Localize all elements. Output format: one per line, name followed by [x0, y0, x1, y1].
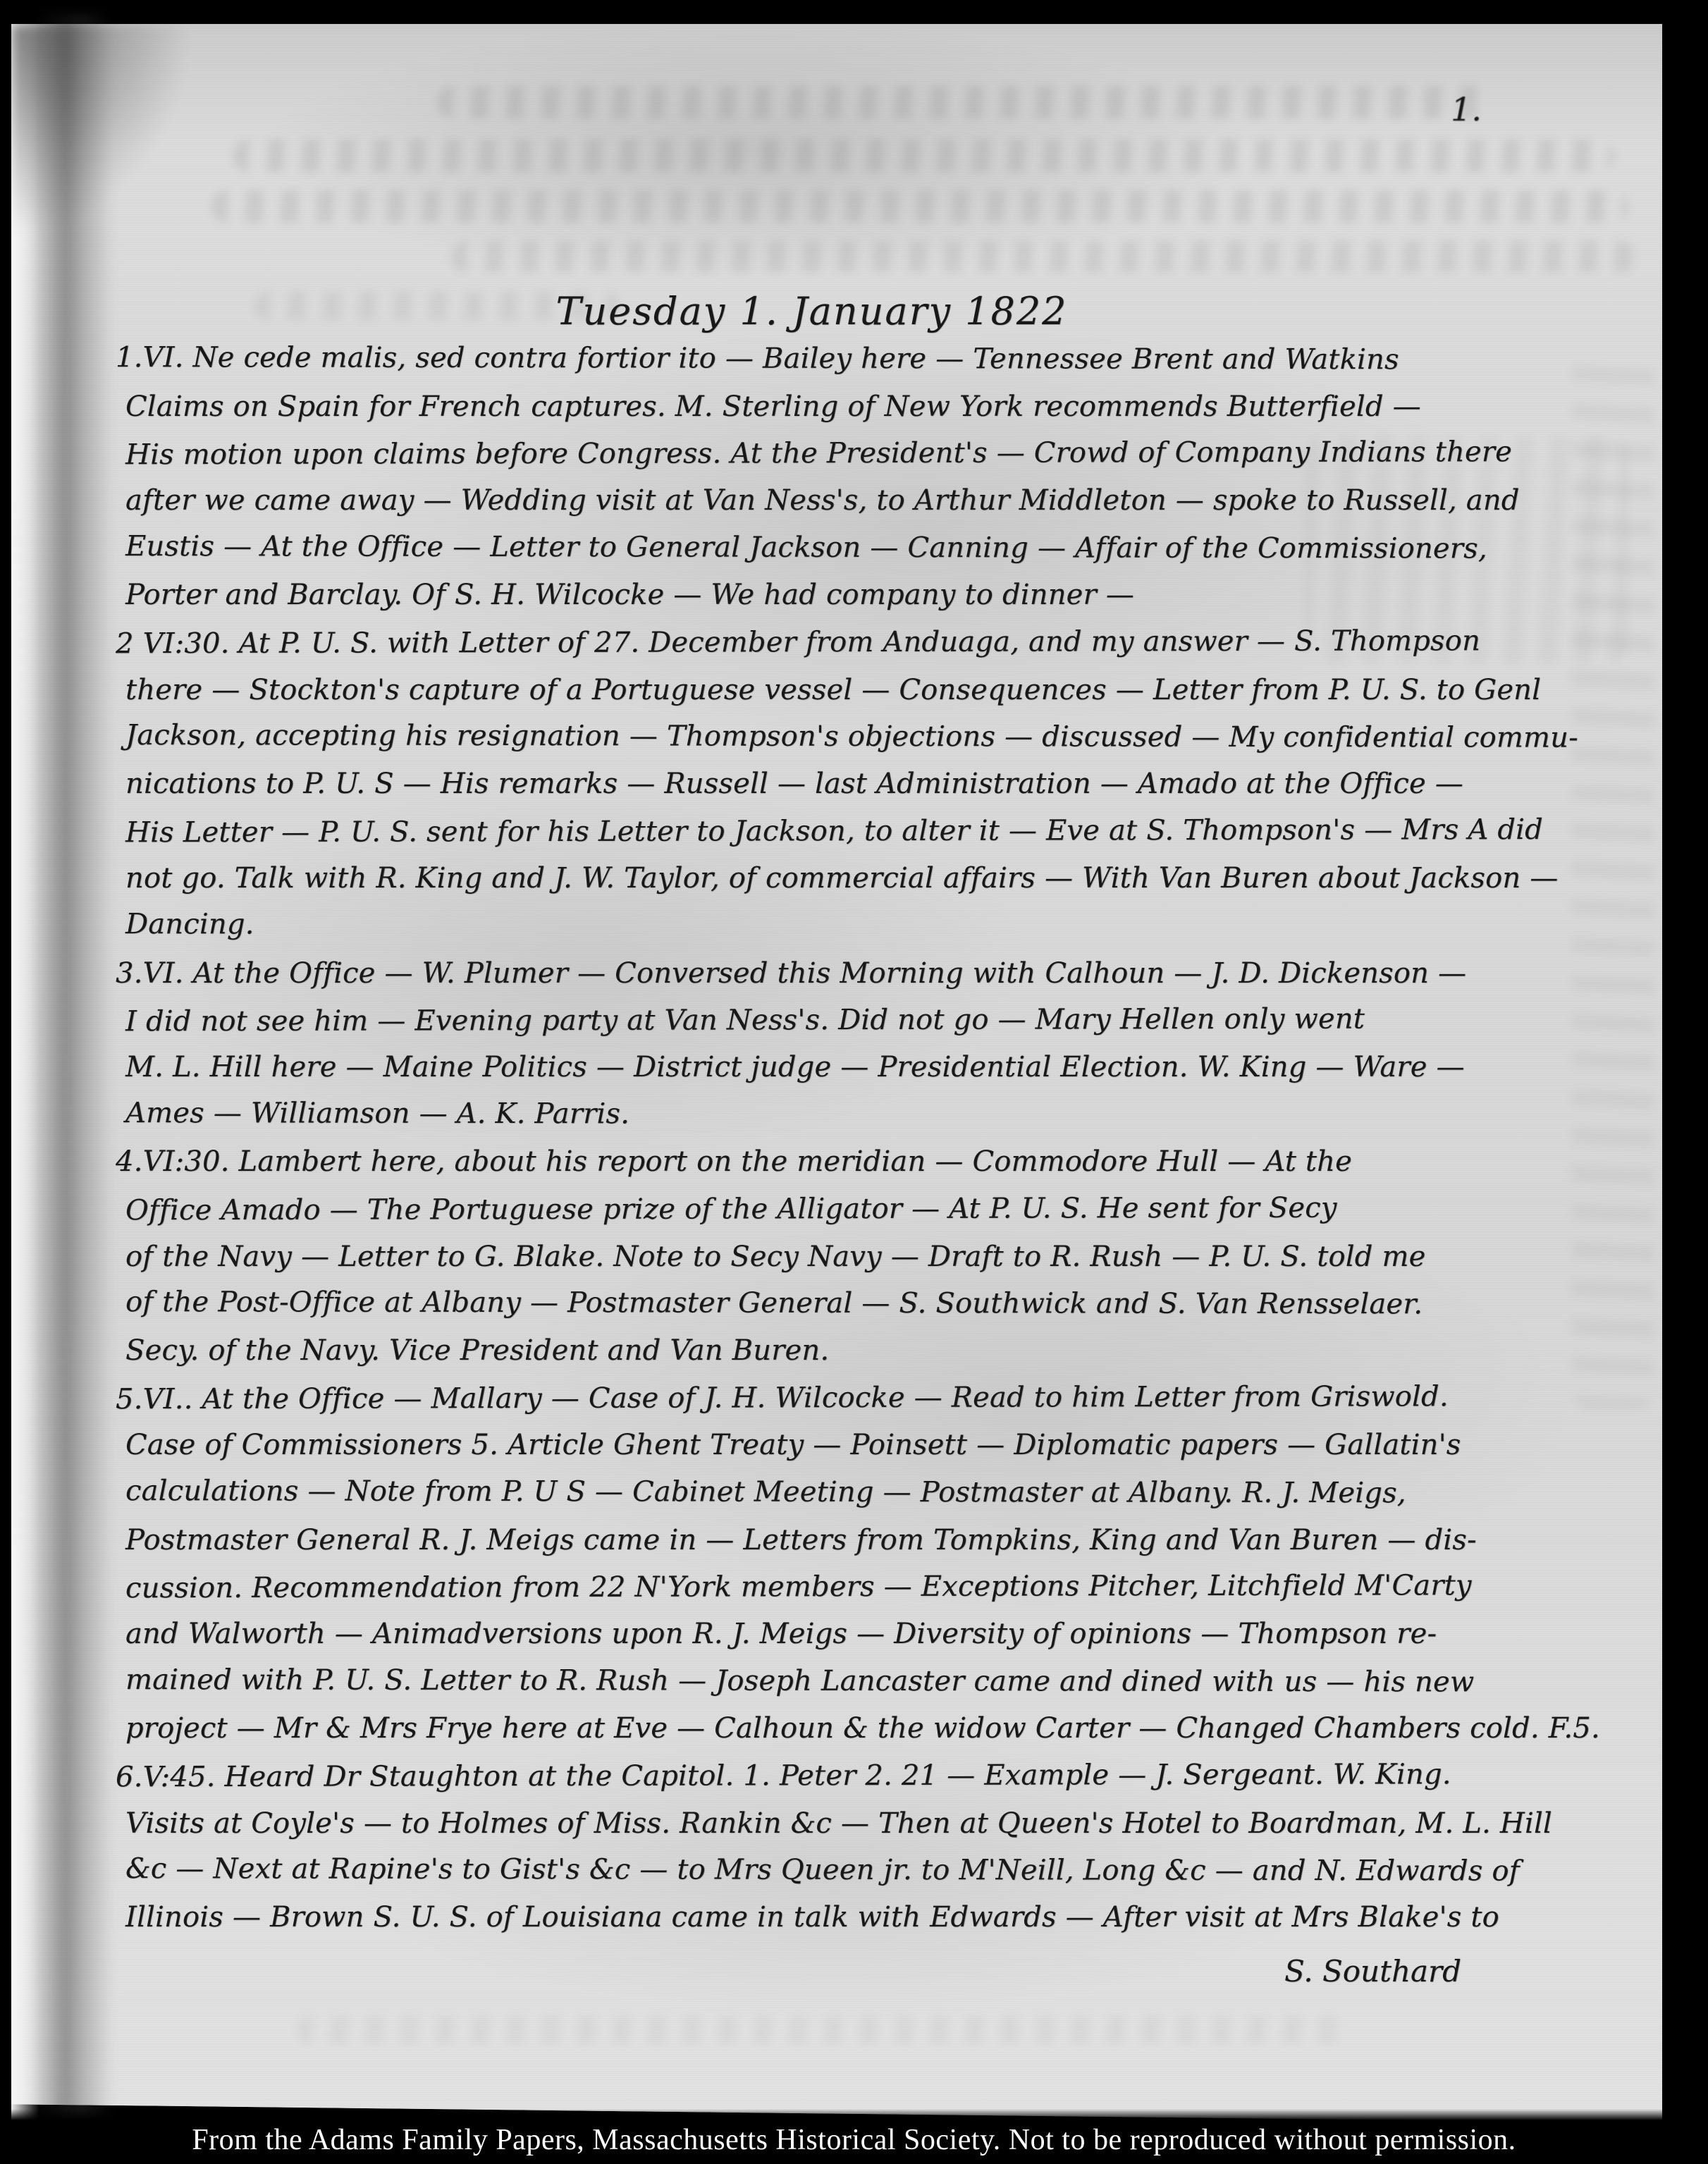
- top-left-corner-shadow: [11, 24, 223, 320]
- manuscript-line: His Letter — P. U. S. sent for his Lette…: [125, 808, 1659, 859]
- manuscript-line: Illinois — Brown S. U. S. of Louisiana c…: [125, 1895, 1659, 1943]
- manuscript-line: Office Amado — The Portuguese prize of t…: [125, 1186, 1659, 1236]
- manuscript-line: I did not see him — Evening party at Van…: [125, 997, 1659, 1047]
- manuscript-line: project — Mr & Mrs Frye here at Eve — Ca…: [125, 1707, 1659, 1754]
- manuscript-line: Ames — Williamson — A. K. Parris.: [125, 1091, 1659, 1141]
- manuscript-line: Secy. of the Navy. Vice President and Va…: [125, 1329, 1659, 1376]
- manuscript-line: 2 VI:30. At P. U. S. with Letter of 27. …: [116, 619, 1659, 670]
- manuscript-line: and Walworth — Animadversions upon R. J.…: [125, 1612, 1659, 1659]
- diary-entry-lines: 1.VI. Ne cede malis, sed contra fortior …: [125, 337, 1659, 1943]
- manuscript-line: &c — Next at Rapine's to Gist's &c — to …: [125, 1847, 1659, 1897]
- manuscript-line: there — Stockton's capture of a Portugue…: [125, 668, 1659, 715]
- manuscript-line: Porter and Barclay. Of S. H. Wilcocke — …: [125, 573, 1659, 620]
- manuscript-line: Dancing.: [125, 902, 1659, 952]
- manuscript-line: after we came away — Wedding visit at Va…: [125, 479, 1659, 526]
- archive-caption: From the Adams Family Papers, Massachuse…: [0, 2123, 1708, 2157]
- manuscript-line: mained with P. U. S. Letter to R. Rush —…: [125, 1658, 1659, 1708]
- manuscript-line: Visits at Coyle's — to Holmes of Miss. R…: [125, 1802, 1659, 1849]
- bleed-through-ghost-text: [296, 2016, 1353, 2044]
- page-number: 1.: [1451, 90, 1482, 128]
- manuscript-line: 4.VI:30. Lambert here, about his report …: [116, 1140, 1659, 1187]
- manuscript-line: Case of Commissioners 5. Article Ghent T…: [125, 1423, 1659, 1470]
- manuscript-line: of the Post-Office at Albany — Postmaste…: [125, 1280, 1659, 1330]
- manuscript-line: M. L. Hill here — Maine Politics — Distr…: [125, 1045, 1659, 1093]
- manuscript-line: 1.VI. Ne cede malis, sed contra fortior …: [116, 336, 1659, 386]
- manuscript-line: nications to P. U. S — His remarks — Rus…: [125, 762, 1659, 809]
- manuscript-line: Postmaster General R. J. Meigs came in —…: [125, 1518, 1659, 1566]
- manuscript-line: 6.V:45. Heard Dr Staughton at the Capito…: [116, 1752, 1659, 1803]
- manuscript-line: His motion upon claims before Congress. …: [125, 430, 1659, 481]
- manuscript-line: cussion. Recommendation from 22 N'York m…: [125, 1563, 1659, 1614]
- manuscript-line: Eustis — At the Office — Letter to Gener…: [125, 524, 1659, 574]
- manuscript-line: 3.VI. At the Office — W. Plumer — Conver…: [116, 952, 1659, 999]
- bleed-through-ghost-text: [451, 241, 1635, 272]
- bleed-through-ghost-text: [233, 140, 1614, 172]
- manuscript-line: 5.VI.. At the Office — Mallary — Case of…: [116, 1375, 1659, 1425]
- manuscript-line: not go. Talk with R. King and J. W. Tayl…: [125, 856, 1659, 904]
- manuscript-line: Jackson, accepting his resignation — Tho…: [125, 713, 1659, 763]
- date-heading: Tuesday 1. January 1822: [0, 289, 1666, 333]
- manuscript-line: of the Navy — Letter to G. Blake. Note t…: [125, 1235, 1659, 1282]
- manuscript-line: calculations — Note from P. U S — Cabine…: [125, 1469, 1659, 1519]
- signature-note: S. Southard: [1284, 1954, 1461, 1988]
- manuscript-line: Claims on Spain for French captures. M. …: [125, 385, 1659, 432]
- bleed-through-ghost-text: [211, 190, 1628, 223]
- bleed-through-ghost-text: [437, 86, 1494, 118]
- manuscript-scan: 1. Tuesday 1. January 1822 1.VI. Ne cede…: [0, 0, 1708, 2164]
